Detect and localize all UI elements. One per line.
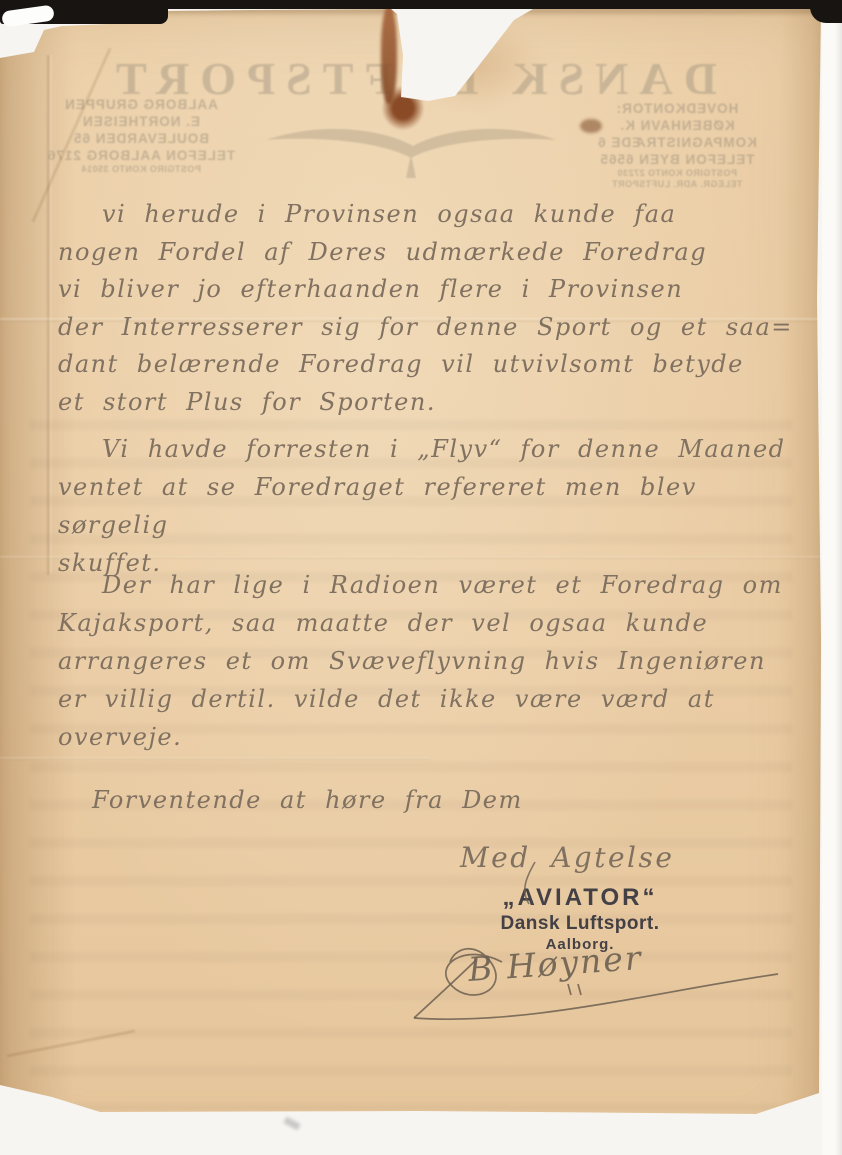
closing-line: Forventende at høre fra Dem [92, 786, 523, 814]
letterhead-line: POSTGIRO KONTO 35014 [26, 164, 256, 175]
handwritten-line: arrangeres et om Svæveflyvning hvis Inge… [58, 642, 808, 680]
handwritten-line: der Interresserer sig for denne Sport og… [58, 309, 808, 347]
paper: DANSK LUFTSPORT HOVEDKONTOR: KØBENHAVN K… [0, 0, 822, 1155]
paragraph-3: Der har lige i Radioen været et Foredrag… [58, 566, 808, 756]
stamp-company-name: „AVIATOR“ [452, 884, 708, 912]
handwritten-line: et stort Plus for Sporten. [58, 384, 808, 422]
letterhead-line: TELEFON BYEN 6565 [558, 151, 796, 168]
letterhead-line: AALBORG GRUPPEN [26, 96, 256, 113]
handwritten-line: er villig dertil. vilde det ikke være væ… [58, 680, 808, 718]
paragraph-2: Vi havde forresten i „Flyv“ for denne Ma… [58, 430, 808, 582]
letterhead-line: BOULEVARDEN 65 [26, 130, 256, 147]
handwritten-line: Der har lige i Radioen været et Foredrag… [58, 566, 808, 604]
letterhead-line: E. NORTHEISEN [26, 113, 256, 130]
burn-stain [580, 119, 602, 133]
scanner-background-strip [822, 0, 842, 1155]
letterhead-hovedkontor-block: HOVEDKONTOR: KØBENHAVN K. KOMPAGNISTRÆDE… [558, 100, 796, 190]
tear-shading [402, 18, 542, 110]
handwritten-line: Kajaksport, saa maatte der vel ogsaa kun… [58, 604, 808, 642]
handwritten-line: nogen Fordel af Deres udmærkede Foredrag [58, 234, 808, 272]
handwritten-line: ventet at se Foredraget refereret men bl… [58, 468, 808, 544]
valediction: Med Agtelse [460, 841, 674, 874]
handwritten-line: Vi havde forresten i „Flyv“ for denne Ma… [58, 430, 808, 468]
letterhead-line: POSTGIRO KONTO 27230 [558, 168, 796, 179]
scanner-smudge [283, 1117, 300, 1131]
paragraph-1: vi herude i Provinsen ogsaa kunde faa no… [58, 196, 808, 421]
burn-stain [382, 86, 424, 130]
handwritten-line: vi herude i Provinsen ogsaa kunde faa [58, 196, 808, 234]
letterhead-line: HOVEDKONTOR: [558, 100, 796, 117]
handwritten-line: vi bliver jo efterhaanden flere i Provin… [58, 271, 808, 309]
signature-block: B Høyner [406, 928, 796, 1038]
handwritten-line: dant belærende Foredrag vil utvivlsomt b… [58, 346, 808, 384]
pen-stroke [505, 860, 555, 906]
letterhead-line: KOMPAGNISTRÆDE 6 [558, 134, 796, 151]
scanned-letter: DANSK LUFTSPORT HOVEDKONTOR: KØBENHAVN K… [0, 0, 842, 1155]
handwritten-line: overveje. [58, 718, 808, 756]
letterhead-line: TELEGR. ADR. LUFTSPORT [558, 179, 796, 190]
